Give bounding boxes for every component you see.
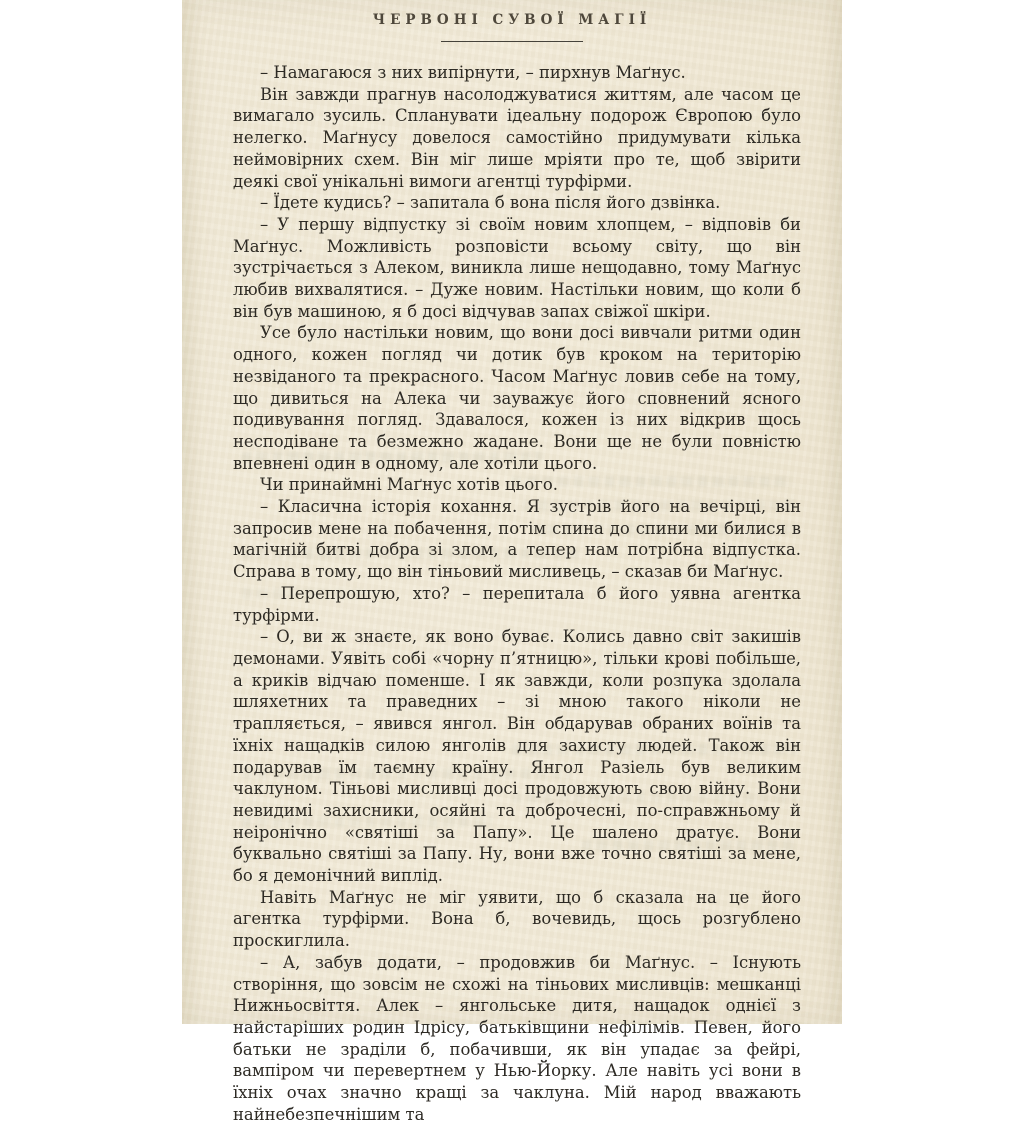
paragraph: – Перепрошую, хто? – перепитала б його у… [233, 583, 801, 626]
paragraph: Усе було настільки новим, що вони досі в… [233, 322, 801, 474]
paragraph: Чи принаймні Маґнус хотів цього. [233, 474, 801, 496]
paragraph: – У першу відпустку зі своїм новим хлопц… [233, 214, 801, 323]
paragraph: Він завжди прагнув насолоджуватися життя… [233, 84, 801, 193]
paragraph: Навіть Маґнус не міг уявити, що б сказал… [233, 887, 801, 952]
paragraph: – О, ви ж знаєте, як воно буває. Колись … [233, 626, 801, 886]
body-text: – Намагаюся з них випірнути, – пирхнув М… [233, 62, 801, 1024]
paragraph: – Намагаюся з них випірнути, – пирхнув М… [233, 62, 801, 84]
paragraph: – Їдете кудись? – запитала б вона після … [233, 192, 801, 214]
running-head-title: ЧЕРВОНІ СУВОЇ МАГІЇ [182, 12, 842, 28]
paragraph: – А, забув додати, – продовжив би Маґнус… [233, 952, 801, 1024]
paragraph: – Класична історія кохання. Я зустрів йо… [233, 496, 801, 583]
book-page: ЧЕРВОНІ СУВОЇ МАГІЇ – Намагаюся з них ви… [182, 0, 842, 1024]
header-rule [441, 41, 583, 42]
